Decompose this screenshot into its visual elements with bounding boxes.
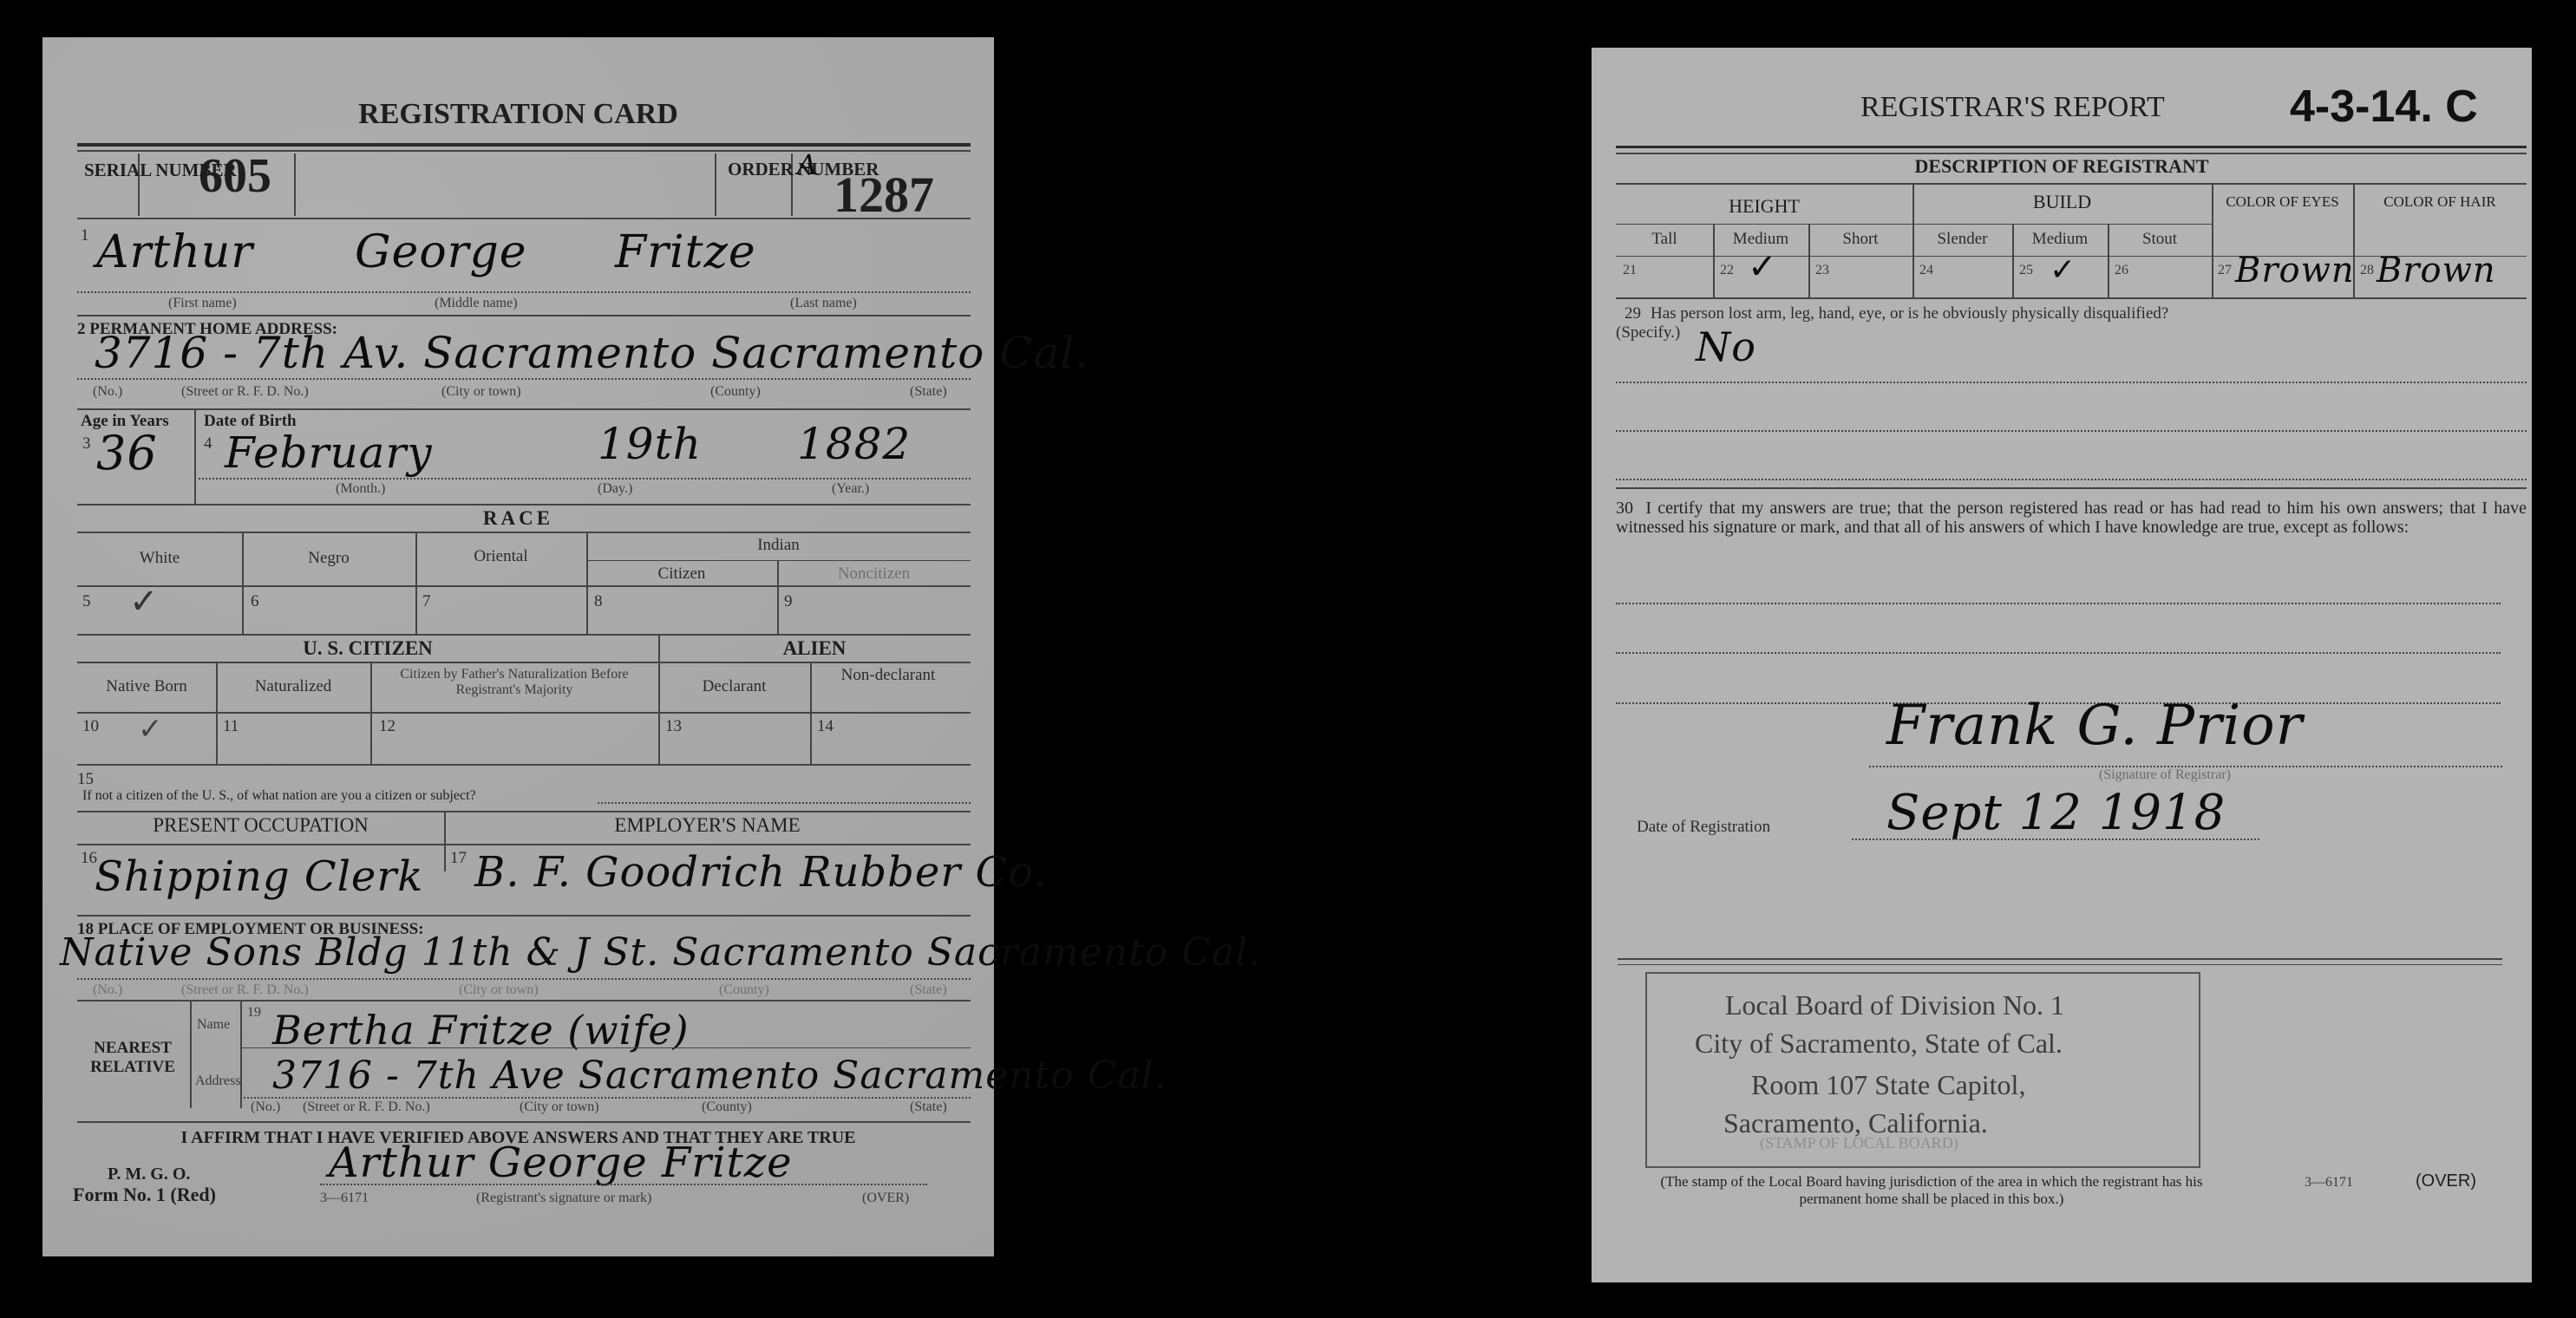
report-code: 4-3-14. C	[2290, 81, 2478, 133]
citizen-col-native-born: Native Born	[77, 677, 216, 696]
field-number: 21	[1623, 263, 1637, 278]
alien-col-nondeclarant: Non-declarant	[823, 667, 953, 684]
first-name: Arthur	[96, 226, 253, 278]
field-number: 7	[422, 592, 431, 611]
citizen-col-fathers-naturalization: Citizen by Father's Naturalization Befor…	[379, 667, 650, 698]
field-number: 11	[223, 717, 239, 736]
birth-month: February	[225, 427, 433, 478]
height-medium-checkmark: ✓	[1748, 247, 1777, 287]
field-number: 10	[82, 717, 99, 736]
eyes-title: COLOR OF EYES	[2212, 193, 2353, 210]
card-title: REGISTRATION CARD	[42, 98, 994, 131]
caption-no: (No.)	[93, 384, 122, 400]
race-col-negro: Negro	[242, 549, 415, 568]
build-col-medium: Medium	[2012, 230, 2108, 249]
field-number: 29	[1625, 304, 1641, 323]
field-number: 9	[784, 592, 793, 611]
caption-county: (County)	[710, 384, 761, 400]
caption-year: (Year.)	[832, 481, 869, 497]
field-number: 3	[82, 434, 91, 453]
serial-number: 605	[199, 148, 271, 204]
form-number: Form No. 1 (Red)	[73, 1184, 216, 1206]
caption-state: (State)	[910, 384, 947, 400]
citizen-col-naturalized: Naturalized	[216, 677, 370, 696]
race-white-checkmark: ✓	[129, 582, 159, 622]
caption-city: (City or town)	[441, 384, 521, 400]
disqualified-question: Has person lost arm, leg, hand, eye, or …	[1651, 304, 2168, 323]
first-name-caption: (First name)	[168, 296, 237, 311]
birth-day: 19th	[598, 419, 702, 469]
alien-title: ALIEN	[658, 637, 971, 660]
relative-name-label: Name	[197, 1017, 230, 1033]
field-number: 24	[1919, 263, 1933, 278]
disqualified-value: No	[1696, 323, 1756, 370]
caption-no: (No.)	[93, 982, 122, 998]
field-number: 6	[251, 592, 259, 611]
field-number: 1	[81, 226, 89, 245]
occupation-value: Shipping Clerk	[95, 852, 423, 901]
place-of-employment-value: Native Sons Bldg 11th & J St. Sacramento…	[60, 930, 1261, 975]
field-number: 27	[2218, 263, 2232, 278]
employer-value: B. F. Goodrich Rubber Co.	[474, 848, 1048, 897]
build-title: BUILD	[1912, 191, 2212, 213]
relative-address-label: Address	[195, 1073, 240, 1089]
specify-label: (Specify.)	[1616, 323, 1680, 343]
date-of-registration-value: Sept 12 1918	[1886, 785, 2226, 841]
registration-card: REGISTRATION CARD SERIAL NUMBER 605 ORDE…	[42, 37, 994, 1256]
age-value: 36	[96, 426, 158, 480]
race-col-white: White	[77, 549, 242, 568]
last-name: Fritze	[615, 226, 756, 278]
stamp-note: (The stamp of the Local Board having jur…	[1645, 1173, 2218, 1208]
hair-title: COLOR OF HAIR	[2353, 193, 2527, 210]
caption-month: (Month.)	[336, 481, 385, 497]
field-number: 30	[1616, 499, 1633, 518]
caption-state: (State)	[910, 982, 947, 998]
native-born-checkmark: ✓	[138, 712, 163, 747]
certification-body: I certify that my answers are true; that…	[1616, 499, 2527, 537]
caption-city: (City or town)	[459, 982, 539, 998]
over-label: (OVER)	[862, 1191, 909, 1206]
field-number: 15	[77, 770, 94, 789]
race-col-oriental: Oriental	[415, 547, 586, 566]
caption-street: (Street or R. F. D. No.)	[303, 1099, 430, 1115]
home-address-value: 3716 - 7th Av. Sacramento Sacramento Cal…	[95, 328, 1089, 378]
employer-label: EMPLOYER'S NAME	[444, 814, 971, 837]
middle-name-caption: (Middle name)	[435, 296, 518, 311]
description-title: DESCRIPTION OF REGISTRANT	[1592, 155, 2532, 178]
field-number: 8	[594, 592, 603, 611]
birth-year: 1882	[797, 419, 911, 469]
print-code: 3—6171	[320, 1191, 369, 1206]
build-col-slender: Slender	[1912, 230, 2012, 249]
build-col-stout: Stout	[2108, 230, 2212, 249]
certification-text: 30 I certify that my answers are true; t…	[1616, 499, 2527, 537]
caption-city: (City or town)	[520, 1099, 599, 1115]
nation-question: If not a citizen of the U. S., of what n…	[82, 788, 476, 804]
caption-county: (County)	[719, 982, 769, 998]
field-number: 5	[82, 592, 91, 611]
height-col-short: Short	[1808, 230, 1912, 249]
field-number: 23	[1815, 263, 1829, 278]
alien-col-declarant: Declarant	[658, 677, 810, 696]
order-number-label: ORDER NUMBER	[728, 160, 788, 179]
caption-no: (No.)	[251, 1099, 280, 1115]
field-number: 4	[204, 434, 212, 453]
race-title: RACE	[42, 507, 994, 530]
eye-color-value: Brown	[2235, 251, 2355, 290]
caption-day: (Day.)	[598, 481, 632, 497]
field-number: 19	[247, 1005, 261, 1021]
race-col-indian: Indian	[586, 536, 971, 555]
signature-caption: (Registrant's signature or mark)	[476, 1191, 651, 1206]
field-number: 13	[665, 717, 682, 736]
serial-number-label: SERIAL NUMBER	[84, 161, 136, 179]
caption-state: (State)	[910, 1099, 947, 1115]
field-number: 26	[2115, 263, 2128, 278]
local-board-stamp-box: Local Board of Division No. 1 City of Sa…	[1645, 972, 2200, 1168]
nearest-relative-label: NEAREST RELATIVE	[77, 1039, 188, 1077]
form-pmgo: P. M. G. O.	[108, 1165, 190, 1184]
occupation-label: PRESENT OCCUPATION	[77, 814, 444, 837]
race-col-indian-noncitizen: Noncitizen	[777, 564, 971, 584]
order-number: 1287	[834, 166, 934, 224]
us-citizen-title: U. S. CITIZEN	[77, 637, 658, 660]
field-number: 22	[1720, 263, 1734, 278]
report-title: REGISTRAR'S REPORT	[1860, 91, 2165, 124]
field-number: 25	[2019, 263, 2033, 278]
middle-name: George	[355, 226, 527, 278]
registrar-signature: Frank G. Prior	[1886, 694, 2303, 758]
field-number: 28	[2360, 263, 2374, 278]
field-number: 17	[450, 849, 467, 868]
stamp-line: Local Board of Division No. 1	[1725, 989, 2064, 1021]
registrant-signature: Arthur George Fritze	[329, 1139, 793, 1187]
registrars-report-card: REGISTRAR'S REPORT 4-3-14. C DESCRIPTION…	[1592, 48, 2532, 1282]
height-col-tall: Tall	[1616, 230, 1713, 249]
order-prefix: A	[797, 148, 818, 181]
stamp-line: City of Sacramento, State of Cal.	[1695, 1028, 2063, 1060]
print-code: 3—6171	[2305, 1175, 2353, 1191]
last-name-caption: (Last name)	[790, 296, 857, 311]
relative-name-value: Bertha Fritze (wife)	[272, 1007, 690, 1054]
caption-street: (Street or R. F. D. No.)	[181, 982, 309, 998]
stamp-caption: (STAMP OF LOCAL BOARD)	[1760, 1134, 1958, 1152]
field-number: 14	[817, 717, 834, 736]
hair-color-value: Brown	[2377, 251, 2496, 290]
field-number: 12	[379, 717, 396, 736]
height-title: HEIGHT	[1616, 195, 1912, 218]
over-label: (OVER)	[2416, 1171, 2476, 1191]
stamp-line: Room 107 State Capitol,	[1751, 1069, 2025, 1101]
date-of-registration-label: Date of Registration	[1637, 818, 1770, 837]
relative-address-value: 3716 - 7th Ave Sacramento Sacramento Cal…	[272, 1054, 1167, 1098]
height-col-medium: Medium	[1713, 230, 1808, 249]
race-col-indian-citizen: Citizen	[586, 564, 777, 584]
build-medium-checkmark: ✓	[2050, 252, 2076, 288]
registrar-signature-caption: (Signature of Registrar)	[2099, 767, 2231, 783]
caption-street: (Street or R. F. D. No.)	[181, 384, 309, 400]
caption-county: (County)	[702, 1099, 752, 1115]
